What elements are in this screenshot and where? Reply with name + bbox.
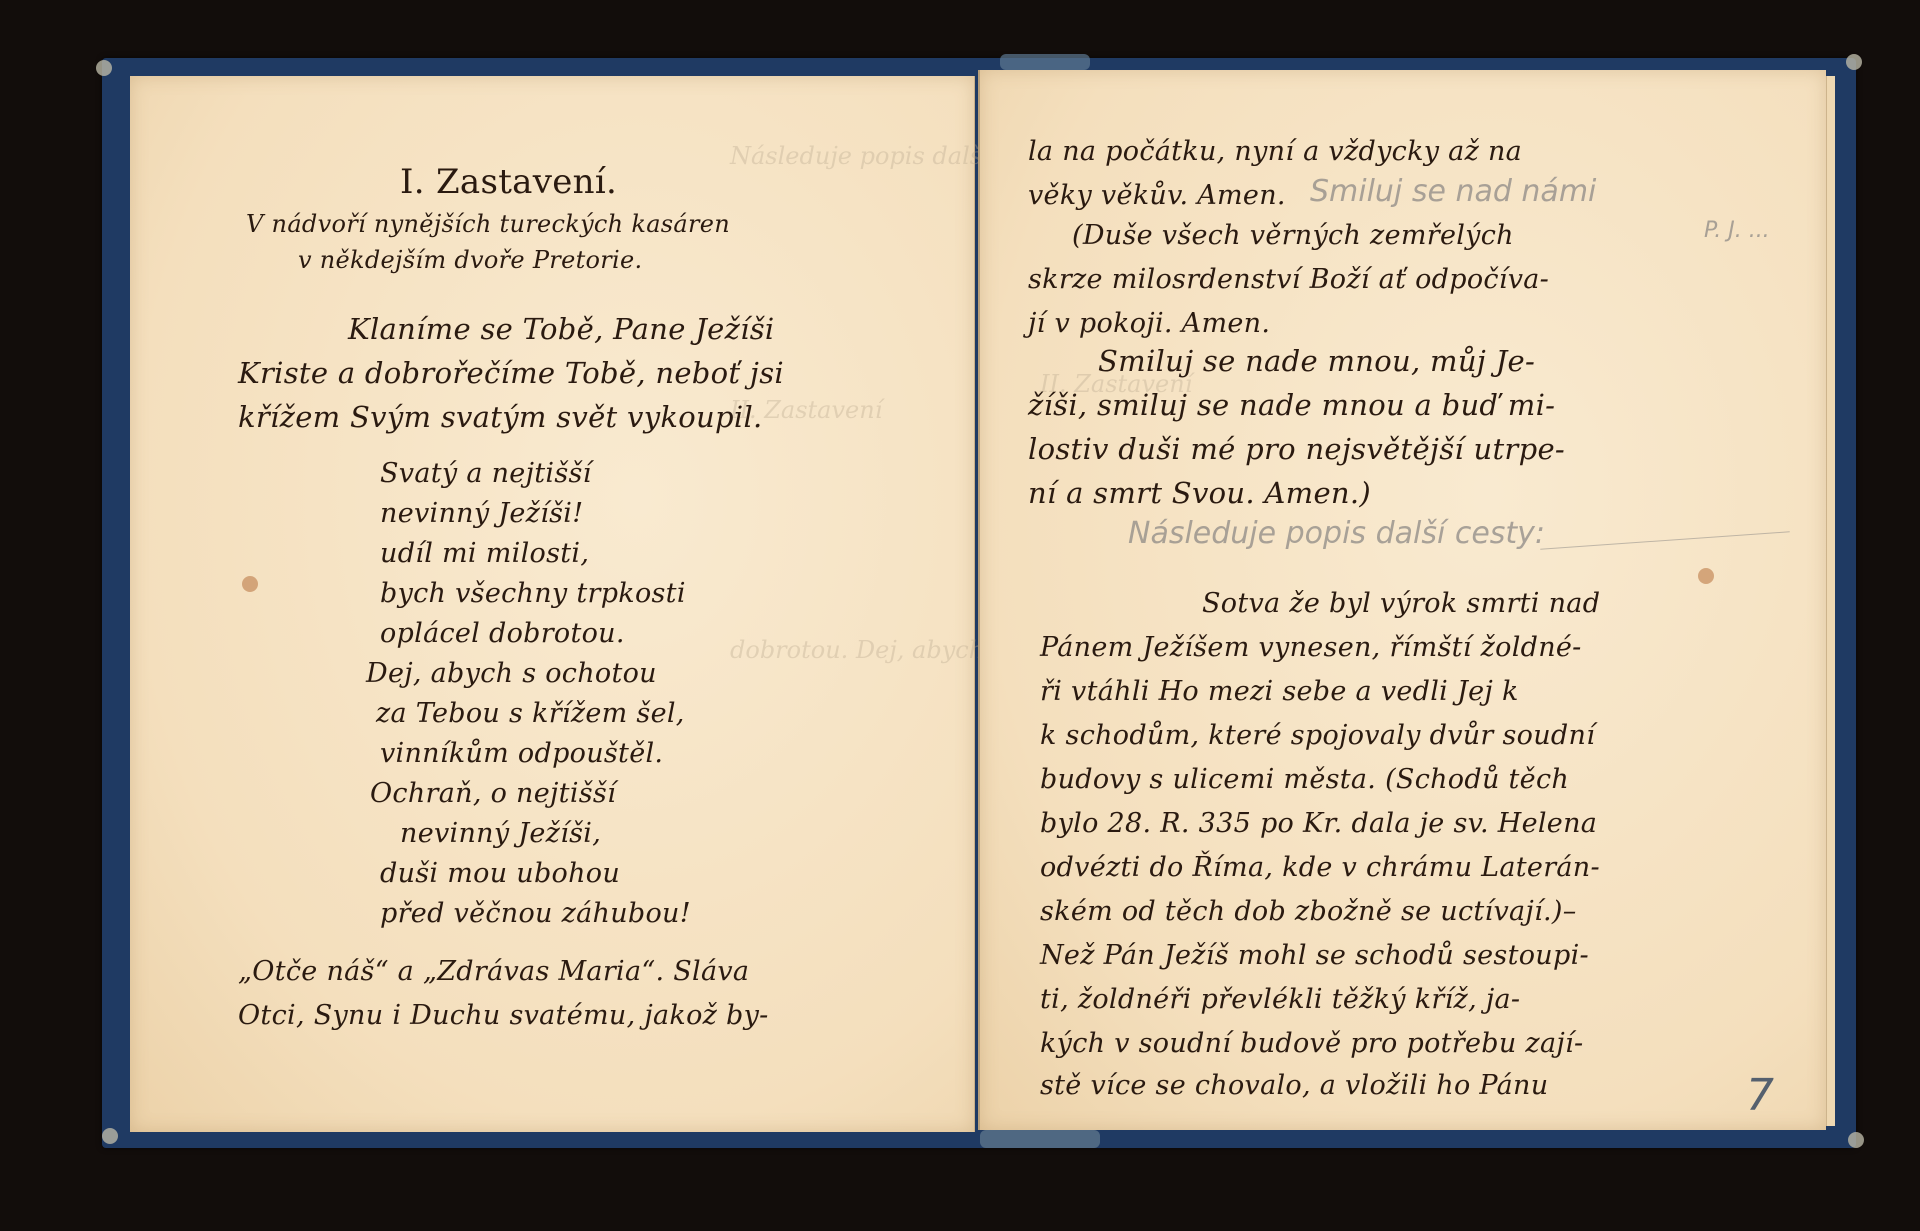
verse-line: udíl mi milosti,	[380, 538, 589, 569]
closing-line: „Otče náš“ a „Zdrávas Maria“. Sláva	[238, 956, 749, 987]
pencil-annotation: Smiluj se nad námi	[1310, 174, 1596, 209]
text-line: budovy s ulicemi města. (Schodů těch	[1040, 764, 1569, 795]
text-line: ři vtáhli Ho mezi sebe a vedli Jej k	[1040, 676, 1519, 707]
text-line: žíši, smiluj se nade mnou a buď mi-	[1028, 388, 1555, 422]
paper-stain	[1698, 568, 1714, 584]
text-line: stě více se chovalo, a vložili ho Pánu	[1040, 1070, 1548, 1101]
verse-line: duši mou ubohou	[380, 858, 620, 889]
page-number: 7	[1746, 1070, 1774, 1121]
text-line: ském od těch dob zbožně se uctívají.)–	[1040, 896, 1577, 927]
cover-corner-wear	[1848, 1132, 1864, 1148]
text-line: ti, žoldnéři převlékli těžký kříž, ja-	[1040, 984, 1520, 1015]
text-line: věky věkův. Amen.	[1028, 180, 1286, 211]
verse-line: Dej, abych s ochotou	[366, 658, 657, 689]
text-line: lostiv duši mé pro nejsvětější utrpe-	[1028, 432, 1565, 466]
station-title: I. Zastavení.	[400, 162, 617, 202]
verse-line: nevinný Ježíši!	[380, 498, 583, 529]
paper-stain	[242, 576, 258, 592]
text-line: ní a smrt Svou. Amen.)	[1028, 476, 1371, 510]
verse-line: před věčnou záhubou!	[380, 898, 691, 929]
prayer-line: křížem Svým svatým svět vykoupil.	[238, 400, 763, 434]
verse-line: Svatý a nejtišší	[380, 458, 592, 489]
text-line: skrze milosrdenství Boží ať odpočíva-	[1028, 264, 1549, 295]
right-page: II. Zastavení la na počátku, nyní a vždy…	[978, 70, 1826, 1130]
closing-line: Otci, Synu i Duchu svatému, jakož by-	[238, 1000, 769, 1031]
verse-line: za Tebou s křížem šel,	[376, 698, 685, 729]
pencil-annotation: Následuje popis další cesty:	[1128, 516, 1545, 551]
cover-corner-wear	[102, 1128, 118, 1144]
left-page: Následuje popis další cesty. Pán Ježíš I…	[130, 76, 975, 1132]
spine-bottom-wear	[980, 1130, 1100, 1148]
text-line: Smiluj se nade mnou, můj Je-	[1098, 344, 1535, 378]
cover-corner-wear	[1846, 54, 1862, 70]
verse-line: oplácel dobrotou.	[380, 618, 625, 649]
verse-line: nevinný Ježíši,	[400, 818, 601, 849]
text-line: la na počátku, nyní a vždycky až na	[1028, 136, 1522, 167]
location-line: v někdejším dvoře Pretorie.	[298, 246, 642, 274]
pencil-line	[1540, 531, 1789, 549]
text-line: kých v soudní budově pro potřebu zají-	[1040, 1028, 1583, 1059]
text-line: odvézti do Říma, kde v chrámu Laterán-	[1040, 852, 1600, 883]
verse-line: bych všechny trpkosti	[380, 578, 686, 609]
page-edges	[1826, 76, 1835, 1126]
location-line: V nádvoří nynějších tureckých kasáren	[246, 210, 730, 238]
pencil-annotation: P. J. ...	[1704, 218, 1770, 243]
text-line: (Duše všech věrných zemřelých	[1072, 220, 1514, 251]
prayer-line: Klaníme se Tobě, Pane Ježíši	[348, 312, 775, 346]
prayer-line: Kriste a dobrořečíme Tobě, neboť jsi	[238, 356, 784, 390]
spine-top-wear	[1000, 54, 1090, 70]
verse-line: vinníkům odpouštěl.	[380, 738, 663, 769]
text-line: k schodům, které spojovaly dvůr soudní	[1040, 720, 1595, 751]
cover-corner-wear	[96, 60, 112, 76]
text-line: jí v pokoji. Amen.	[1028, 308, 1270, 339]
text-line: Pánem Ježíšem vynesen, římští žoldné-	[1040, 632, 1582, 663]
text-line: bylo 28. R. 335 po Kr. dala je sv. Helen…	[1040, 808, 1597, 839]
text-line: Sotva že byl výrok smrti nad	[1202, 588, 1600, 619]
verse-line: Ochraň, o nejtišší	[370, 778, 616, 809]
text-line: Než Pán Ježíš mohl se schodů sestoupi-	[1040, 940, 1589, 971]
